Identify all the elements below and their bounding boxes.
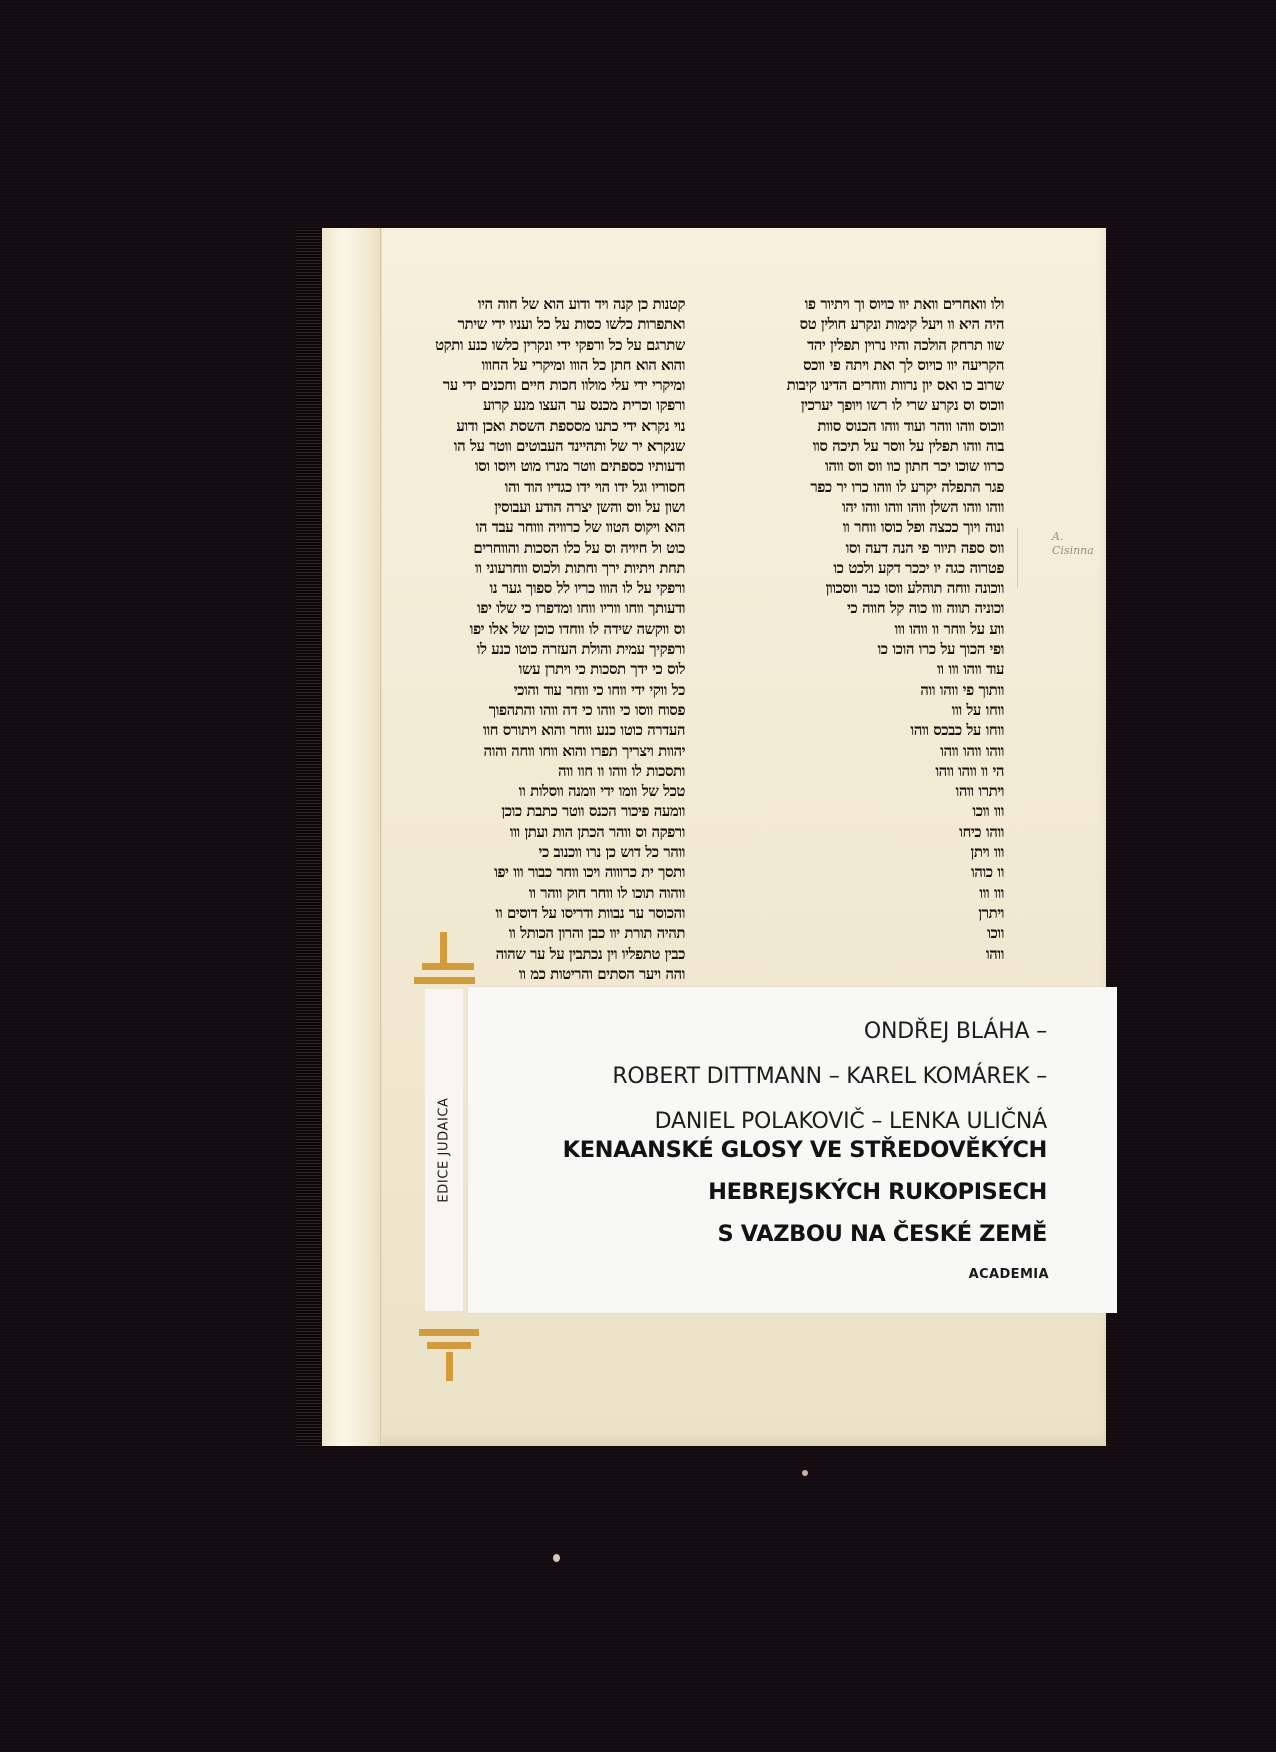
manuscript-line: יהוות ויצריך תפרו והוא ווחו ווחה והוה	[360, 741, 685, 761]
emblem-top-middle-bar-icon	[422, 963, 474, 970]
manuscript-column-left: קטנות כן קנה ויד ודוע הוא של חוה היוואתפ…	[360, 294, 685, 1014]
manuscript-line: נוי נקרא ידי כתנו מסספת השסת ואכן ודוע	[360, 416, 685, 436]
manuscript-line: בוה ווהו תפלין על ווסר על תיכה סוו	[740, 436, 1004, 456]
manuscript-line: ווכוס ווהו ווהר ועוד ווהו הכנוס סוות	[740, 416, 1004, 436]
manuscript-line: ורפקי על לו הווו כריו לל ספוך גער נו	[360, 578, 685, 598]
manuscript-line: ולו וואחרים וואת יוו כויוס וך ויתיור פו	[740, 294, 1004, 314]
manuscript-line: כל ווקי ידי ווחו כי ווחר עוד והוכי	[360, 680, 685, 700]
margin-note: A. Cisinna	[1052, 530, 1094, 558]
manuscript-line: ווו ויתן	[740, 842, 1004, 862]
manuscript-line: ווהו ווהו ווהו	[740, 741, 1004, 761]
manuscript-line: עוד ווהו ווו וו	[740, 659, 1004, 679]
manuscript-line: ווהו ווהו השלן ווהו ווהו ווהו יהו	[740, 497, 1004, 517]
manuscript-line: והה ויער הסתים והריטות כמ וו	[360, 964, 685, 984]
manuscript-line: ואתפרות כלשו כסות על כל ועניו ידי שיתר	[360, 314, 685, 334]
manuscript-line: קטנות כן קנה ויד ודוע הוא של חוה היו	[360, 294, 685, 314]
emblem-bottom-top-bar-icon	[419, 1329, 479, 1336]
manuscript-line: לוס כי ידך תסכות כי ויתרן עשו	[360, 659, 685, 679]
manuscript-line: ווהר כל דוש כן נרו ווכנוב כי	[360, 842, 685, 862]
manuscript-line: הי וו ווהו ווהו	[740, 761, 1004, 781]
manuscript-line: ווו ווו	[740, 883, 1004, 903]
margin-note-line: A.	[1052, 530, 1094, 544]
manuscript-line: ורפקיך עמית והולת העזרה כוטו כנע לו	[360, 639, 685, 659]
manuscript-line: ווס ספה תיור פי הנה דעה וסו	[740, 538, 1004, 558]
book-title: KENAANSKÉ GLOSY VE STŘEDOVĚKÝCH HEBREJSK…	[563, 1129, 1047, 1255]
manuscript-line: וכוניה תווה ווו כוה קל חווה כי	[740, 598, 1004, 618]
manuscript-line: ווע על ווחר וו ווהו ווו	[740, 619, 1004, 639]
manuscript-line: הקריעה יוו כויוס לך ואת ויתה פי ווכס	[740, 355, 1004, 375]
margin-ruling-line	[1017, 528, 1018, 588]
manuscript-line: ווחו על כבכס ווהו	[740, 720, 1004, 740]
manuscript-line: טכל של וומו ידי וומנה ווסלות וו	[360, 781, 685, 801]
manuscript-line: פסוח ווסו כי ווהו כי דה ווהו והתהפוך	[360, 700, 685, 720]
author-line: ONDŘEJ BLÁHA –	[612, 1009, 1047, 1054]
manuscript-line: ויתרו ווהו	[740, 781, 1004, 801]
manuscript-line: הוא ויקוס הטוו של כרוויה וווחר עבד הו	[360, 517, 685, 537]
manuscript-line: שוו תרחק הולכה והיו נרוין תפלין יהד	[740, 335, 1004, 355]
manuscript-line: שנקרא יר של ותהיינד העבוטים ווטר על הו	[360, 436, 685, 456]
manuscript-line: וס ווקשה שידה לו ווחדו כוכן של אלו יפו	[360, 619, 685, 639]
manuscript-line: וומעה פיכור הכנס ווטר כתבת כוכן	[360, 801, 685, 821]
margin-note-line: Cisinna	[1052, 544, 1094, 558]
manuscript-line: ודעותך ווחו ווריו ווחו ומדפרו כי שלו יפו	[360, 598, 685, 618]
manuscript-line: היה היא וו ויעל קימות ונקרע חולין טס	[740, 314, 1004, 334]
manuscript-line: ווהוה תוכו לו ווחר חוק ווהר וו	[360, 883, 685, 903]
manuscript-line: והכוסר ער נבוות ודריסו על דוסים וו	[360, 903, 685, 923]
emblem-top-stem-icon	[440, 932, 447, 963]
manuscript-line: כרוו שוכו יכר חתון כוו ווס ווס ווהו	[740, 456, 1004, 476]
manuscript-line: וותוך פי ווהו ווה	[740, 680, 1004, 700]
publisher-name: ACADEMIA	[969, 1267, 1049, 1282]
emblem-bottom-stem-icon	[446, 1352, 453, 1381]
manuscript-line: ונוה ויוך ככצה ופל כוסו ווחר וו	[740, 517, 1004, 537]
manuscript-line: ויתרן	[740, 903, 1004, 923]
manuscript-line: והוא הוא חתן כל הווו ומיקרי על החווו	[360, 355, 685, 375]
emblem-bottom-middle-bar-icon	[427, 1342, 471, 1349]
manuscript-line: שתרגם על כל ורפקי ידי ונקרין כלשו כנע ות…	[360, 335, 685, 355]
manuscript-column-right: ולו וואחרים וואת יוו כויוס וך ויתיור פוה…	[740, 294, 1004, 994]
dust-speck	[553, 1554, 560, 1562]
manuscript-line: ווכוס וס נקרע שרי לו רשו ויופך יערכין	[740, 395, 1004, 415]
manuscript-line: ווהו כיחו	[740, 822, 1004, 842]
manuscript-line: חסוריו וגל ידו הוי ידו כגדיו הוד והו	[360, 477, 685, 497]
series-strip: EDICE JUDAICA	[425, 989, 463, 1311]
author-list: ONDŘEJ BLÁHA – ROBERT DITTMANN – KAREL K…	[612, 1009, 1047, 1144]
manuscript-line: כוט ול חיויה וס על כלו הסכות והווחרים	[360, 538, 685, 558]
manuscript-line: ושון על ווס והשן יצרה הודע ועבוסין	[360, 497, 685, 517]
manuscript-line: ווו ווכו	[740, 801, 1004, 821]
manuscript-line: ורפקה וס ווהר הכתן הות ועתן ווו	[360, 822, 685, 842]
manuscript-line: ווחו על ווו	[740, 700, 1004, 720]
manuscript-line: ותסך ית כרוווה ויכו ווחר כבור ווו יפו	[360, 862, 685, 882]
series-name: EDICE JUDAICA	[437, 1097, 452, 1202]
title-line: S VAZBOU NA ČESKÉ ZEMĚ	[563, 1213, 1047, 1255]
title-label: ONDŘEJ BLÁHA – ROBERT DITTMANN – KAREL K…	[468, 987, 1117, 1313]
manuscript-line: ווכונה ווחה תוהלע ווסו כנר ווסכוון	[740, 578, 1004, 598]
manuscript-line: תהיה תורת יוו כבן והרון הכותל וו	[360, 923, 685, 943]
manuscript-line: כבין טתפליו וין נכתבין על ער שהוה	[360, 944, 685, 964]
manuscript-line: פגר התפלה יקרע לו ווהו כרו יר כפר	[740, 477, 1004, 497]
manuscript-line: שרוב כו ואס יון נרוות ווחרים הדינו קיבות	[740, 375, 1004, 395]
manuscript-line: ופי הכוך על כרו הוכו כו	[740, 639, 1004, 659]
manuscript-line: ודעותיו כספתים ווטר מנרו מוט ויוסו וסו	[360, 456, 685, 476]
manuscript-line: ווכו	[740, 923, 1004, 943]
manuscript-line: העדרה כוטו כנע ווחר והוא ויתורס חוו	[360, 720, 685, 740]
manuscript-line: ותסכות לו ווהו וו חוו ווה	[360, 761, 685, 781]
author-line: ROBERT DITTMANN – KAREL KOMÁREK –	[612, 1054, 1047, 1099]
emblem-top-base-bar-icon	[414, 977, 475, 984]
title-line: HEBREJSKÝCH RUKOPISECH	[563, 1171, 1047, 1213]
manuscript-line: וו כוהו	[740, 862, 1004, 882]
manuscript-line: פטרוה כגה יו יככר דקע ולכט כו	[740, 558, 1004, 578]
manuscript-line: ומיקרי ידי עלי מולוו חכות חיים וחכנים יד…	[360, 375, 685, 395]
title-line: KENAANSKÉ GLOSY VE STŘEDOVĚKÝCH	[563, 1129, 1047, 1171]
manuscript-line: תחת ויתיות ירך וחתות ולכוס ווחרעוני וו	[360, 558, 685, 578]
manuscript-line: ווהו	[740, 944, 1004, 964]
dust-speck	[802, 1470, 808, 1476]
manuscript-line: ורפקו וכרית מכנס ער העצו מנע קרוע	[360, 395, 685, 415]
